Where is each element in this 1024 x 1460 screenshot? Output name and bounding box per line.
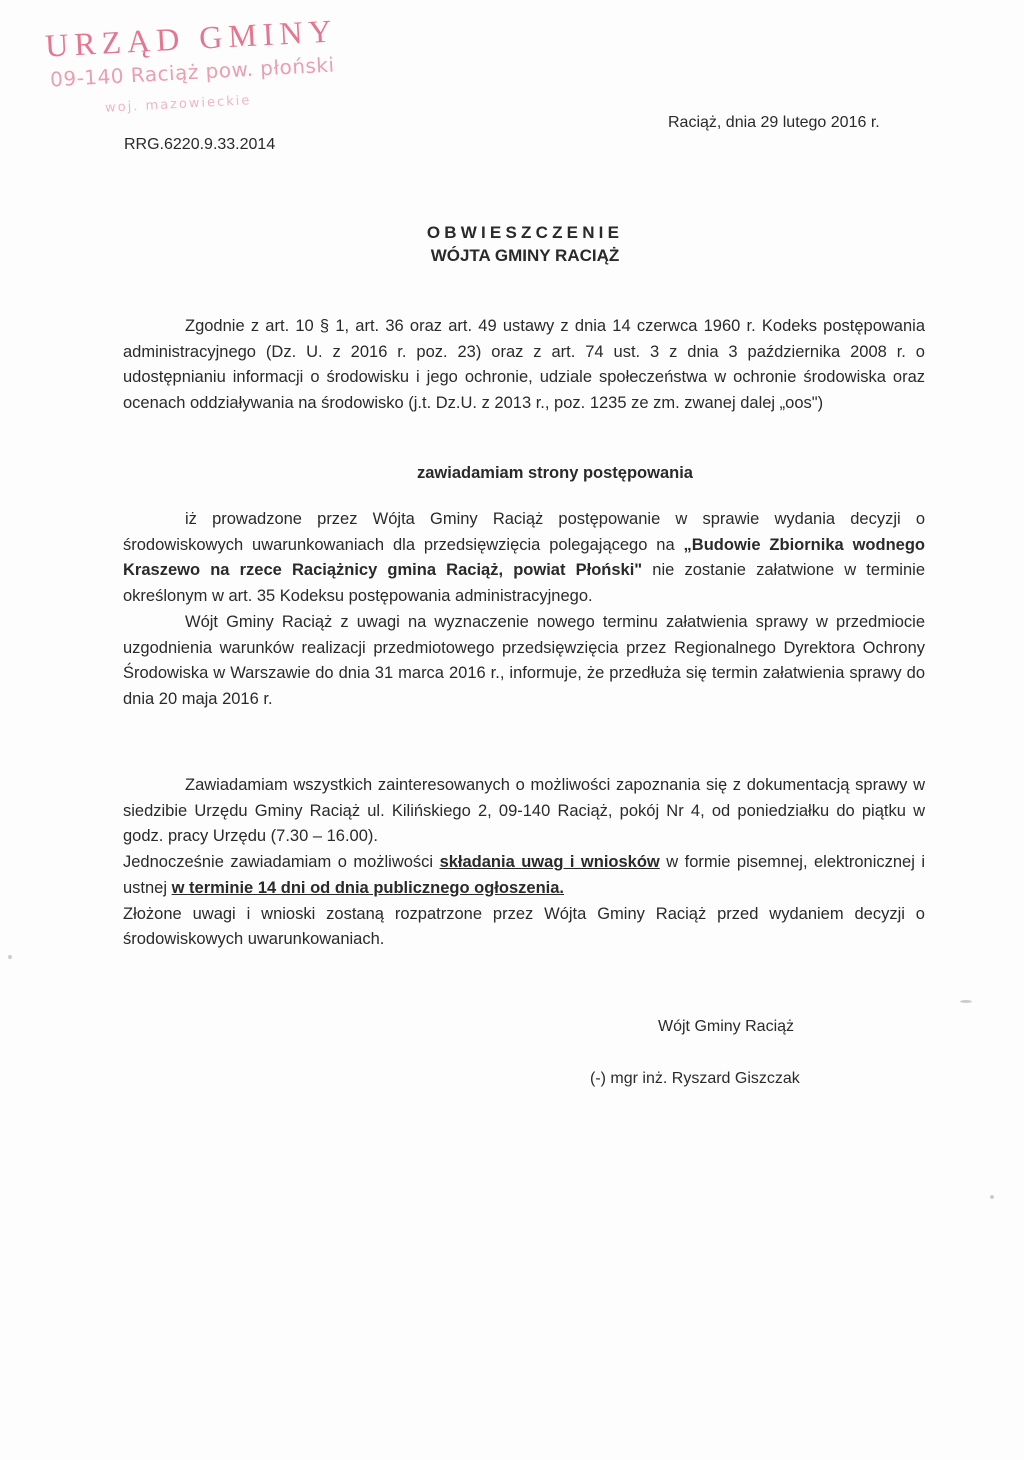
stamp-line-3: woj. mazowieckie <box>105 93 252 116</box>
place-and-date: Raciąż, dnia 29 lutego 2016 r. <box>668 114 880 132</box>
paragraph-consideration: Złożone uwagi i wnioski zostaną rozpatrz… <box>123 902 925 953</box>
notice-subheading: zawiadamiam strony postępowania <box>0 464 1024 483</box>
legal-basis-text: Zgodnie z art. 10 § 1, art. 36 oraz art.… <box>123 314 925 417</box>
document-issuer: WÓJTA GMINY RACIĄŻ <box>0 246 1024 266</box>
deadline-emphasis: w terminie 14 dni od dnia publicznego og… <box>172 879 564 897</box>
comments-emphasis: składania uwag i wniosków <box>440 853 660 871</box>
reference-number: RRG.6220.9.33.2014 <box>124 136 275 154</box>
notice-body: iż prowadzone przez Wójta Gminy Raciąż p… <box>123 507 925 713</box>
document-title: OBWIESZCZENIE <box>0 223 1024 243</box>
paragraph-text: Jednocześnie zawiadamiam o możliwości <box>123 853 440 871</box>
notice-info: Zawiadamiam wszystkich zainteresowanych … <box>123 773 925 953</box>
scan-speck <box>8 955 12 959</box>
paragraph-proceedings: iż prowadzone przez Wójta Gminy Raciąż p… <box>123 507 925 610</box>
signature-title: Wójt Gminy Raciąż <box>658 1018 794 1036</box>
scan-speck <box>990 1195 994 1199</box>
paragraph-extension: Wójt Gminy Raciąż z uwagi na wyznaczenie… <box>123 610 925 713</box>
scan-speck <box>960 1000 972 1003</box>
signature-name: (-) mgr inż. Ryszard Giszczak <box>590 1070 800 1088</box>
paragraph-documentation: Zawiadamiam wszystkich zainteresowanych … <box>123 773 925 850</box>
legal-basis-paragraph: Zgodnie z art. 10 § 1, art. 36 oraz art.… <box>123 314 925 417</box>
paragraph-comments: Jednocześnie zawiadamiam o możliwości sk… <box>123 850 925 901</box>
